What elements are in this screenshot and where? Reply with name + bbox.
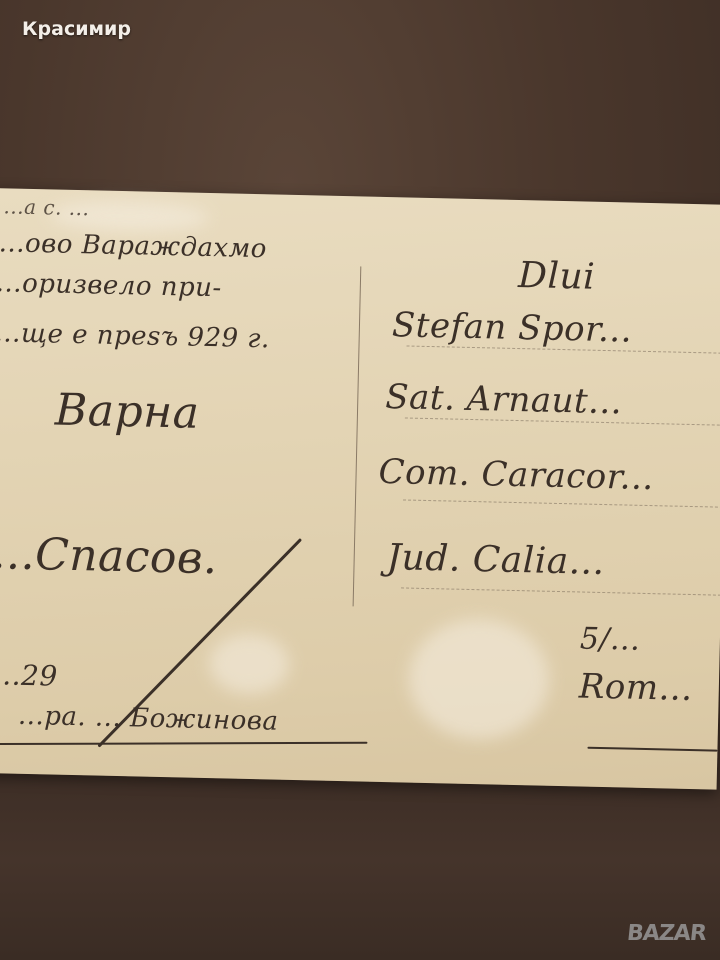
address-line — [403, 499, 720, 507]
underline-flourish — [0, 742, 367, 745]
center-divider-line — [353, 266, 362, 606]
water-stain — [408, 618, 551, 741]
message-line: ...ще е преѕъ 929 г. — [0, 318, 270, 354]
message-line: ...оризвело при- — [0, 268, 222, 303]
address-line — [401, 587, 720, 595]
address-county: Jud. Calia... — [386, 537, 605, 583]
postcard-back: ...а с. ... ...ово Вараждахмо ...оризвел… — [0, 188, 720, 790]
signature-varna: Варна — [54, 385, 200, 439]
address-village: Sat. Arnaut... — [385, 377, 623, 422]
address-code: 5/... — [580, 622, 641, 658]
address-name: Stefan Spor... — [392, 305, 633, 350]
address-salutation: Dlui — [518, 255, 596, 298]
seller-name-watermark: Красимир — [22, 18, 131, 40]
address-country: Rom... — [578, 666, 693, 709]
address-commune: Com. Caracor... — [378, 452, 654, 498]
address-underline — [587, 747, 717, 752]
message-line: ...ово Вараждахмо — [0, 228, 267, 264]
fabric-background — [0, 760, 720, 960]
bazar-logo: BAZAR — [626, 921, 707, 946]
water-stain — [209, 633, 290, 695]
message-line: ...Спасов. — [0, 528, 218, 584]
message-line: ...29 — [0, 658, 58, 692]
message-line: ...ра. ... Божинова — [18, 701, 279, 737]
message-line: ...а с. ... — [3, 194, 89, 220]
